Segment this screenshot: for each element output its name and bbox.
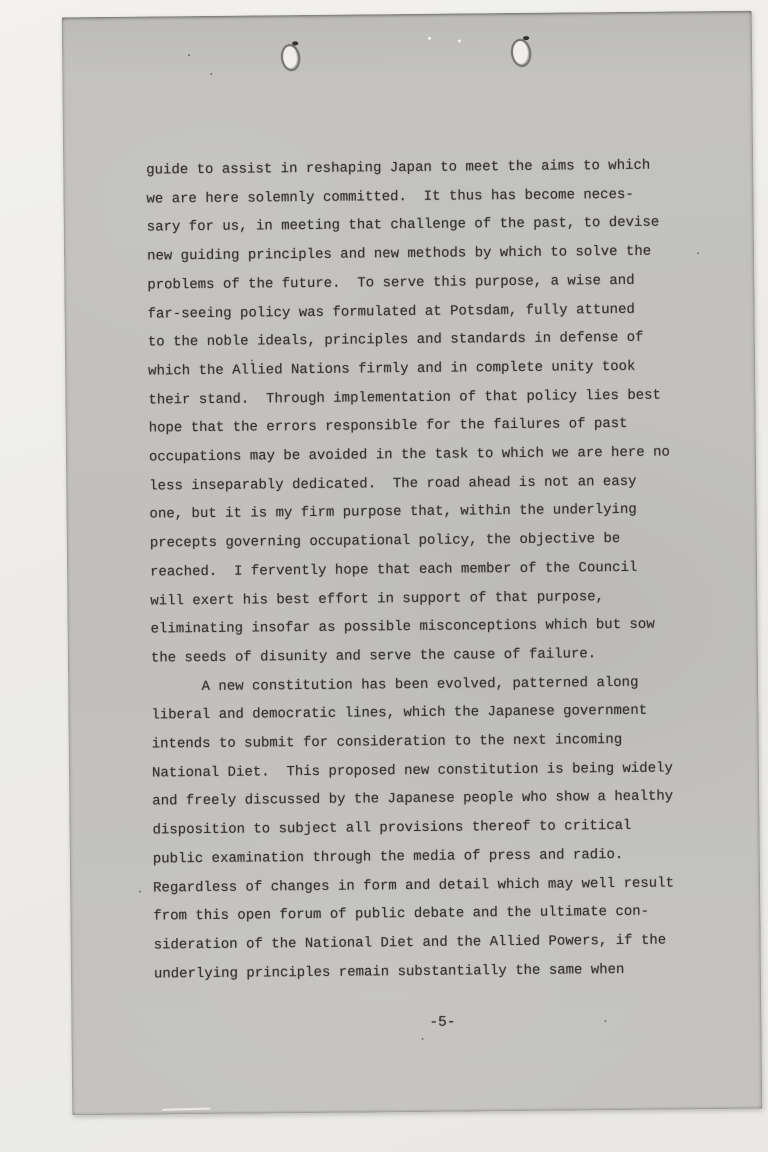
text-line: one, but it is my firm purpose that, wit… (149, 496, 709, 530)
dust-speck (251, 360, 253, 362)
text-line: problems of the future. To serve this pu… (147, 266, 707, 300)
document-text: guide to assist in reshaping Japan to me… (146, 151, 714, 989)
punch-hole-tear-mark (523, 36, 529, 41)
scan-background: { "colors": { "background": "#edece9", "… (0, 0, 768, 1152)
text-line: underlying principles remain substantial… (154, 955, 714, 989)
punch-hole-right (509, 38, 533, 68)
punch-hole-tear-mark (292, 41, 298, 46)
text-line: disposition to subject all provisions th… (152, 811, 712, 845)
dust-speck (188, 54, 190, 56)
paper-fleck (458, 40, 461, 43)
text-line: liberal and democratic lines, which the … (151, 696, 711, 730)
scanned-document-page: guide to assist in reshaping Japan to me… (62, 11, 763, 1116)
scan-scratch-mark (162, 1107, 210, 1110)
dust-speck (210, 73, 212, 75)
text-line: sideration of the National Diet and the … (154, 926, 714, 960)
dust-speck (422, 1038, 424, 1040)
dust-speck (139, 891, 141, 893)
punch-hole-left (279, 43, 301, 72)
text-line: reached. I fervently hope that each memb… (150, 553, 710, 587)
paper-fleck (428, 37, 431, 40)
dust-speck (697, 252, 699, 254)
text-line: eliminating insofar as possible misconce… (150, 610, 710, 644)
page-number: -5- (429, 1015, 455, 1031)
dust-speck (604, 1020, 606, 1022)
